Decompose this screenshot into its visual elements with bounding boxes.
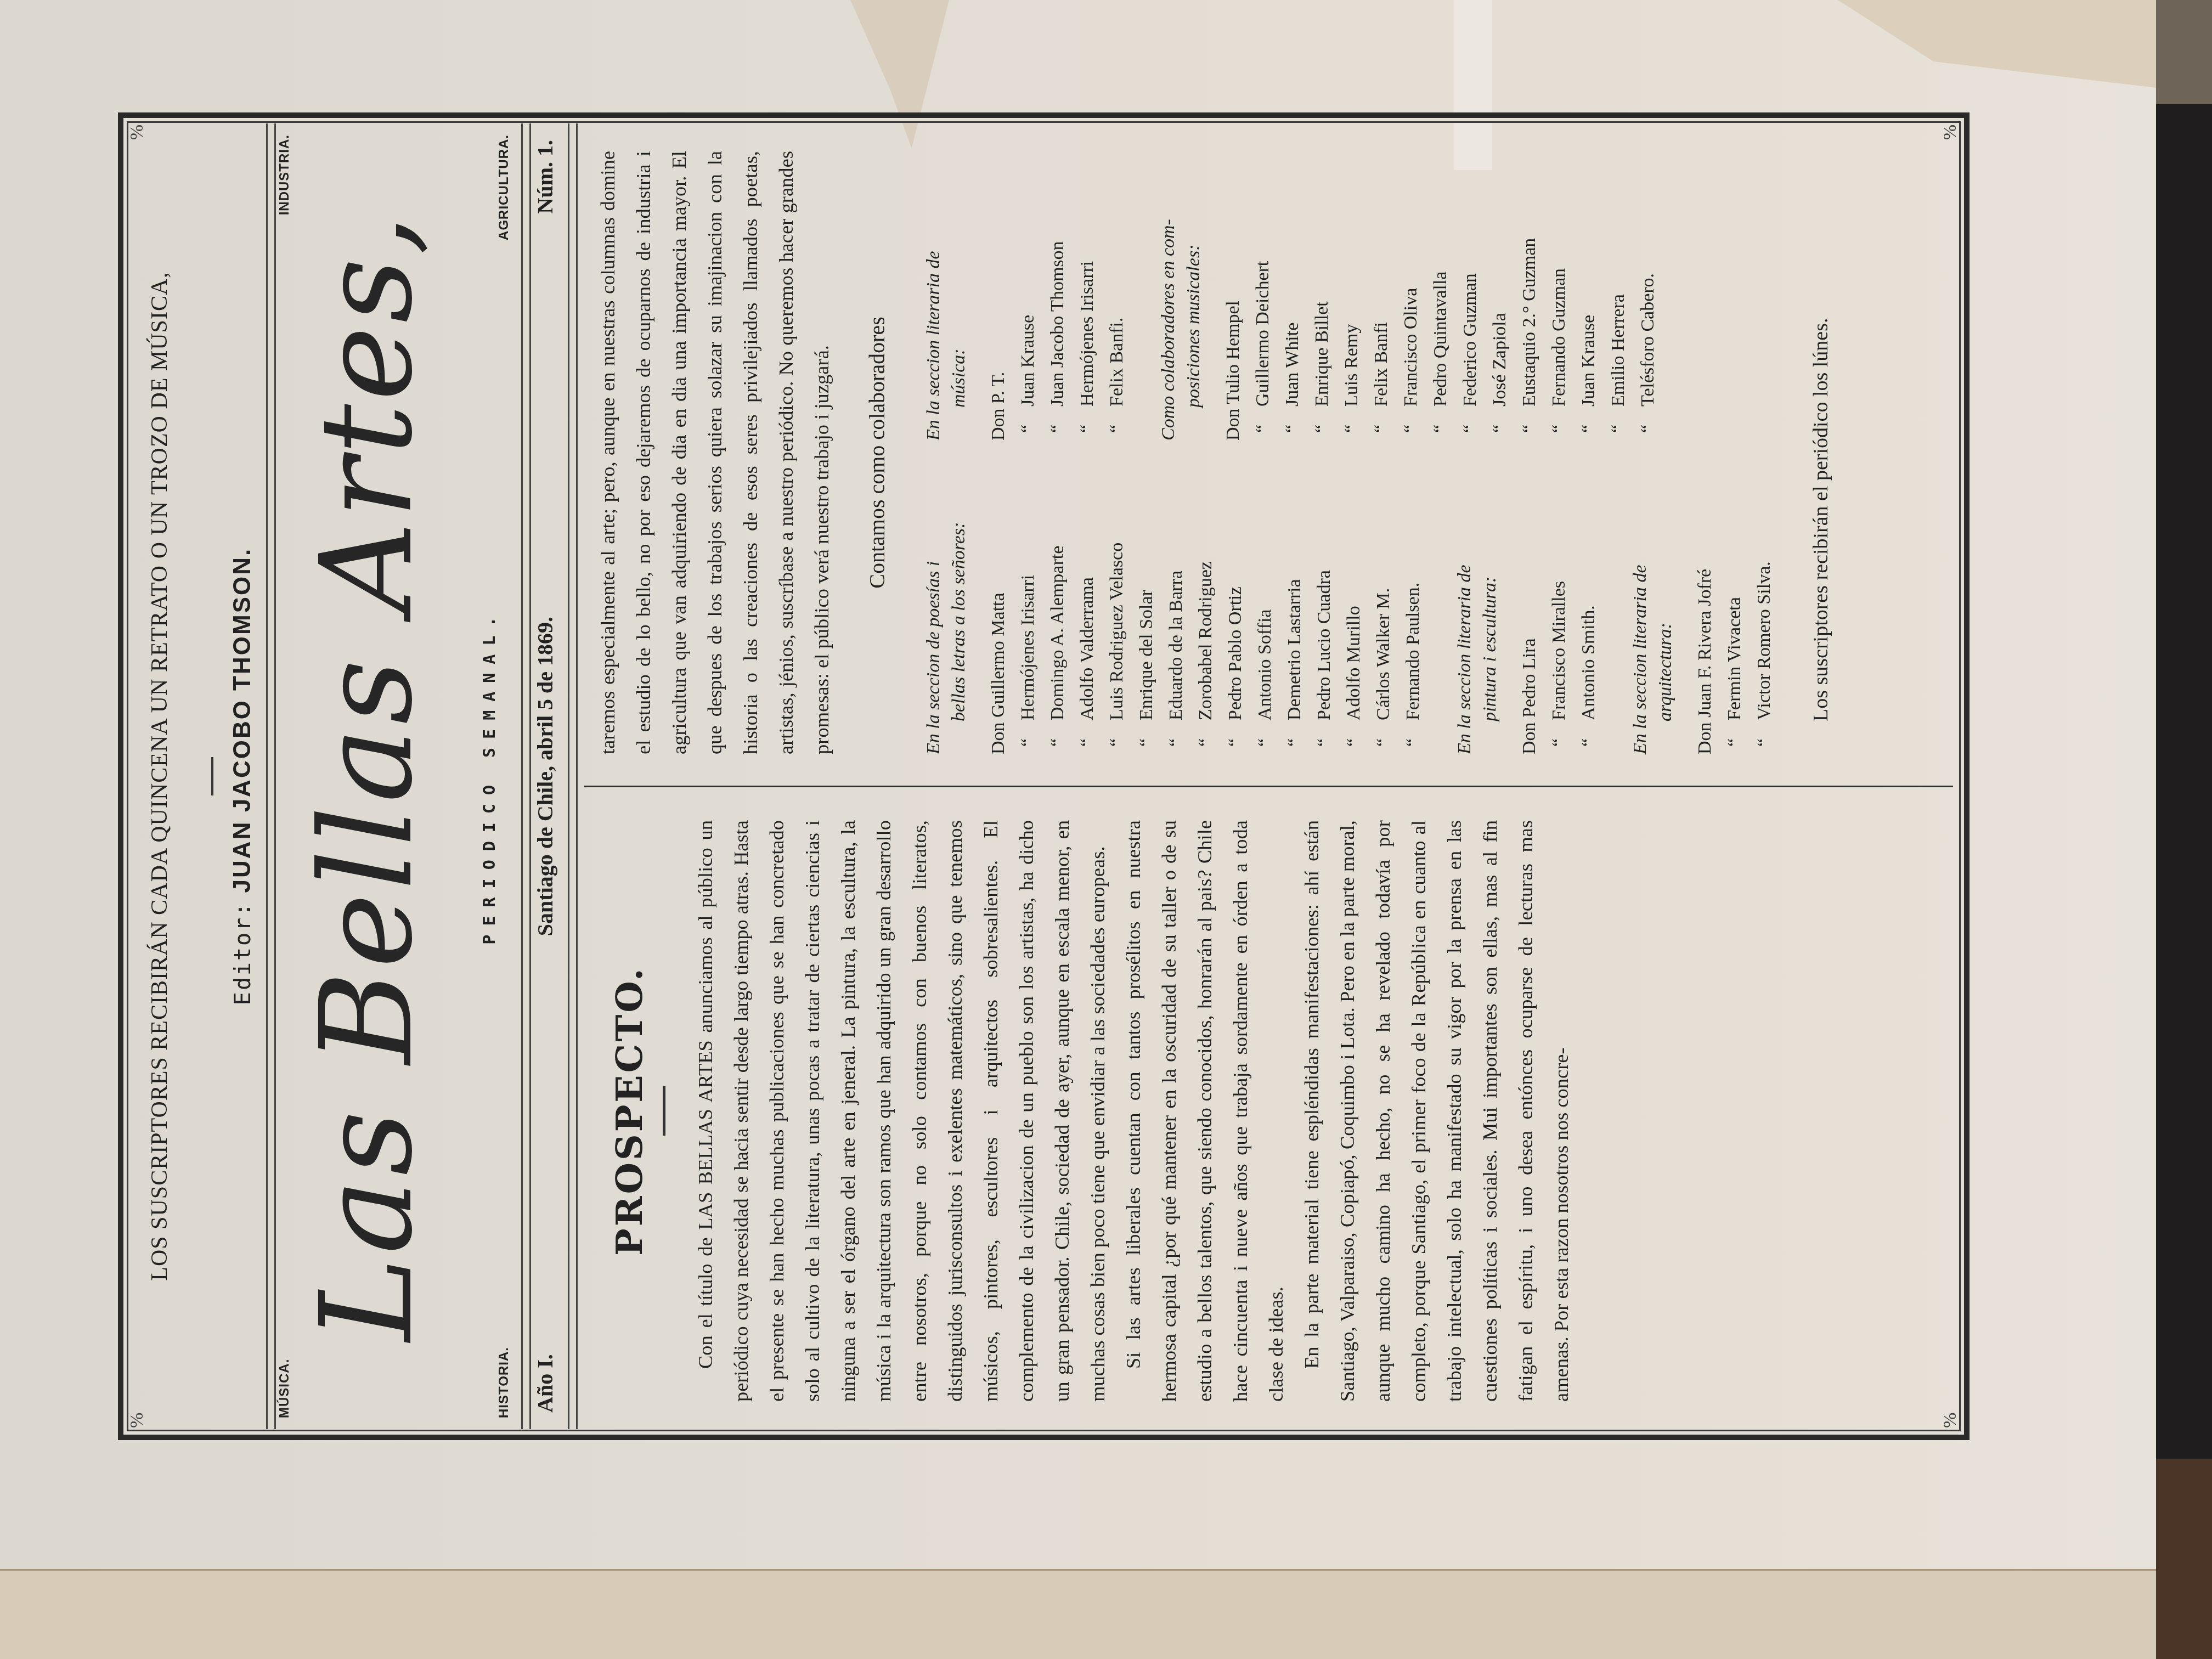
- column-divider: [584, 786, 1953, 787]
- list-item: “Federico Guzman: [1455, 151, 1485, 441]
- list-item: “Fernando Paulsen.: [1398, 465, 1428, 754]
- prospecto-heading: PROSPECTO.: [612, 820, 647, 1402]
- section-title: Como colaboradores en com-posiciones mus…: [1156, 151, 1206, 441]
- list-item: “Antonio Smith.: [1574, 465, 1604, 754]
- dateline: Año I. Santiago de Chile, abril 5 de 186…: [532, 134, 565, 1418]
- collaborator-name: Don Pedro Lira: [1515, 465, 1544, 754]
- editor-line: Editor: JUAN JACOBO THOMSON.: [211, 112, 256, 1440]
- ditto-mark: “: [1750, 720, 1779, 754]
- ditto-mark: “: [1455, 407, 1485, 441]
- collaborator-name: Cárlos Walker M.: [1373, 588, 1393, 720]
- list-item: “Enrique Billet: [1307, 151, 1337, 441]
- divider: [663, 1086, 665, 1136]
- collaborator-name: Don Tulio Hempel: [1218, 151, 1248, 441]
- collaborator-name: Don P. T.: [984, 151, 1013, 441]
- list-item: “Eustaquio 2.° Guzman: [1515, 151, 1544, 441]
- list-item: “Enrique del Solar: [1132, 465, 1161, 754]
- collaborator-name: Felix Banfi: [1371, 322, 1391, 407]
- list-item: “Cárlos Walker M.: [1369, 465, 1398, 754]
- section-title-line: bellas letras a los señores:: [946, 465, 972, 754]
- ditto-mark: “: [1043, 407, 1073, 441]
- list-column-left: En la seccion de poesías ibellas letras …: [911, 465, 1779, 754]
- collaborator-name: Fermin Vivaceta: [1724, 597, 1745, 720]
- column-collaborators: taremos especialmente al arte; pero, aun…: [590, 151, 1948, 754]
- collaborator-name: Luis Rodriguez Velasco: [1107, 543, 1127, 720]
- editor-label: Editor:: [230, 901, 256, 1006]
- issue-number: Núm. 1.: [532, 140, 558, 213]
- ditto-mark: “: [1250, 720, 1280, 754]
- list-item: “José Zapiola: [1485, 151, 1515, 441]
- collaborator-name: Juan Krause: [1018, 315, 1038, 407]
- section-title: En la seccion de poesías ibellas letras …: [921, 465, 972, 754]
- ditto-mark: “: [1339, 720, 1369, 754]
- collaborator-name: Juan Jacobo Thomson: [1047, 241, 1068, 407]
- ditto-mark: “: [1604, 407, 1633, 441]
- ditto-mark: “: [1278, 407, 1307, 441]
- collaborator-name: Domingo A. Alemparte: [1047, 546, 1068, 720]
- list-item: “Fermin Vivaceta: [1720, 465, 1750, 754]
- collaborator-name: Pedro Pablo Ortiz: [1225, 586, 1245, 720]
- editor-name: JUAN JACOBO THOMSON.: [229, 548, 256, 893]
- ditto-mark: “: [1073, 407, 1102, 441]
- ditto-mark: “: [1073, 720, 1102, 754]
- place-date: Santiago de Chile, abril 5 de 1869.: [532, 134, 558, 1418]
- ditto-mark: “: [1013, 720, 1043, 754]
- list-item: “Luis Remy: [1337, 151, 1367, 441]
- ditto-mark: “: [1396, 407, 1426, 441]
- newspaper-title: Las Bellas Artes,: [304, 167, 431, 1385]
- list-item: “Zorobabel Rodriguez: [1191, 465, 1221, 754]
- ditto-mark: “: [1280, 720, 1310, 754]
- collaborator-name: Francisco Oliva: [1401, 288, 1421, 407]
- ditto-mark: “: [1307, 407, 1337, 441]
- ditto-mark: “: [1369, 720, 1398, 754]
- section-title: En la seccion literaria demúsica:: [921, 151, 972, 441]
- ditto-mark: “: [1574, 720, 1604, 754]
- ditto-mark: “: [1248, 407, 1278, 441]
- collaborator-name: Demetrio Lastarria: [1284, 579, 1305, 720]
- list-item: “Adolfo Murillo: [1339, 465, 1369, 754]
- wood-surface: [2156, 1459, 2212, 1659]
- section-title-line: música:: [946, 151, 972, 441]
- prospecto-paragraph: En la parte material tiene espléndidas m…: [1294, 820, 1579, 1402]
- ditto-mark: “: [1544, 720, 1574, 754]
- section-title-line: En la seccion de poesías i: [923, 561, 944, 754]
- corner-ornament-icon: %: [127, 125, 148, 140]
- ditto-mark: “: [1191, 720, 1221, 754]
- list-item: “Francisco Oliva: [1396, 151, 1426, 441]
- list-item: “Emilio Herrera: [1604, 151, 1633, 441]
- list-item: “Luis Rodriguez Velasco: [1102, 465, 1132, 754]
- list-item: “Felix Banfi.: [1102, 151, 1132, 441]
- ditto-mark: “: [1161, 720, 1191, 754]
- collaborator-name: Enrique Billet: [1312, 301, 1332, 407]
- section-composiciones: Como colaboradores en com-posiciones mus…: [1156, 151, 1663, 441]
- ditto-mark: “: [1398, 720, 1428, 754]
- list-item: “Juan White: [1278, 151, 1307, 441]
- list-item: “Juan Krause: [1574, 151, 1604, 441]
- background-surface: [2156, 0, 2212, 104]
- masthead-rule: [266, 123, 276, 1429]
- list-item: “Pedro Lucio Cuadra: [1310, 465, 1339, 754]
- list-item: “Adolfo Valderrama: [1073, 465, 1102, 754]
- list-item: “Victor Romero Silva.: [1750, 465, 1779, 754]
- section-title-line: posiciones musicales:: [1181, 151, 1206, 441]
- list-item: “Juan Krause: [1013, 151, 1043, 441]
- collaborator-name: Don Juan F. Rivera Jofré: [1690, 465, 1720, 754]
- dateline-rule-top: [521, 123, 531, 1429]
- section-title-line: Como colaboradores en com-: [1158, 219, 1178, 441]
- collaborator-name: José Zapiola: [1489, 313, 1510, 407]
- tag-industria: INDUSTRIA.: [277, 134, 292, 215]
- collaborator-name: Fernando Paulsen.: [1403, 583, 1423, 720]
- ditto-mark: “: [1221, 720, 1250, 754]
- list-item: “Antonio Soffia: [1250, 465, 1280, 754]
- ditto-mark: “: [1102, 720, 1132, 754]
- list-item: “Domingo A. Alemparte: [1043, 465, 1073, 754]
- list-item: “Hermójenes Irisarri: [1073, 151, 1102, 441]
- collaborator-name: Antonio Smith.: [1578, 605, 1599, 720]
- closing-notice: Los suscriptores recibirán el periódico …: [1803, 151, 1838, 754]
- section-title-line: En la seccion literaria de: [923, 251, 944, 441]
- collaborator-name: Eduardo de la Barra: [1166, 571, 1186, 720]
- collaborator-name: Guillermo Deichert: [1252, 261, 1273, 407]
- collaborator-name: Juan White: [1282, 323, 1302, 407]
- ditto-mark: “: [1310, 720, 1339, 754]
- newspaper-page: % % % % LOS SUSCRIPTORES RECIBIRÁN CADA …: [118, 112, 1970, 1440]
- section-poesia: En la seccion de poesías ibellas letras …: [921, 465, 1428, 754]
- dark-cloth-background: [2156, 104, 2212, 1659]
- ditto-mark: “: [1013, 407, 1043, 441]
- list-item: “Telésforo Cabero.: [1633, 151, 1663, 441]
- ditto-mark: “: [1720, 720, 1750, 754]
- collaborator-name: Luis Remy: [1341, 324, 1362, 407]
- list-item: “Guillermo Deichert: [1248, 151, 1278, 441]
- prospecto-paragraph: Si las artes liberales cuentan con tanto…: [1115, 820, 1294, 1402]
- list-item: “Hermójenes Irisarri: [1013, 465, 1043, 754]
- collaborator-name: Francisco Miralles: [1549, 581, 1569, 720]
- section-pintura: En la seccion literaria depintura i escu…: [1452, 465, 1604, 754]
- section-arquitectura: En la seccion literaria dearquitectura:D…: [1628, 465, 1779, 754]
- divider: [211, 757, 213, 795]
- column-prospecto: PROSPECTO. Con el título de LAS BELLAS A…: [590, 820, 1948, 1402]
- collaborator-name: Hermójenes Irisarri: [1077, 261, 1097, 407]
- list-item: “Eduardo de la Barra: [1161, 465, 1191, 754]
- collaborator-name: Pedro Lucio Cuadra: [1314, 570, 1334, 720]
- list-item: “Fernando Guzman: [1544, 151, 1574, 441]
- ditto-mark: “: [1633, 407, 1663, 441]
- ditto-mark: “: [1544, 407, 1574, 441]
- collaborator-name: Juan Krause: [1578, 315, 1599, 407]
- collaborator-name: Felix Banfi.: [1107, 318, 1127, 407]
- section-title-line: En la seccion literaria de: [1454, 565, 1475, 754]
- masthead: MÚSICA. INDUSTRIA. Las Bellas Artes, HIS…: [277, 134, 458, 1418]
- dateline-rule-bottom: [568, 123, 578, 1429]
- section-title-line: pintura i escultura:: [1477, 465, 1503, 754]
- section-title-line: En la seccion literaria de: [1630, 565, 1650, 754]
- collaborator-name: Don Guillermo Matta: [984, 465, 1013, 754]
- list-item: “Juan Jacobo Thomson: [1043, 151, 1073, 441]
- collaborator-name: Pedro Quintavalla: [1430, 272, 1451, 407]
- prospecto-paragraph: Con el título de LAS BELLAS ARTES anunci…: [687, 820, 1115, 1402]
- subscriber-notice: LOS SUSCRIPTORES RECIBIRÁN CADA QUINCENA…: [146, 112, 173, 1440]
- collaborators-heading: Contamos como colaboradores: [859, 151, 895, 754]
- ditto-mark: “: [1426, 407, 1455, 441]
- collaborator-name: Eustaquio 2.° Guzman: [1519, 238, 1539, 407]
- collaborator-name: Adolfo Murillo: [1344, 606, 1364, 720]
- section-title: En la seccion literaria dearquitectura:: [1628, 465, 1678, 754]
- section-musica: En la seccion literaria demúsica:Don P. …: [921, 151, 1132, 441]
- corner-ornament-icon: %: [1940, 1413, 1961, 1428]
- collaborator-name: Hermójenes Irisarri: [1018, 575, 1038, 720]
- collaborator-name: Zorobabel Rodriguez: [1195, 561, 1216, 720]
- ditto-mark: “: [1574, 407, 1604, 441]
- ditto-mark: “: [1337, 407, 1367, 441]
- list-item: “Francisco Miralles: [1544, 465, 1574, 754]
- collaborator-name: Telésforo Cabero.: [1638, 273, 1658, 407]
- list-item: “Demetrio Lastarria: [1280, 465, 1310, 754]
- collaborator-name: Fernando Guzman: [1549, 268, 1569, 407]
- section-title: En la seccion literaria depintura i escu…: [1452, 465, 1503, 754]
- corner-ornament-icon: %: [1940, 125, 1961, 140]
- tag-musica: MÚSICA.: [277, 1359, 292, 1418]
- newspaper-subtitle: PERIODICO SEMANAL.: [480, 112, 499, 1440]
- collaborator-name: Federico Guzman: [1460, 273, 1480, 407]
- section-title-line: arquitectura:: [1653, 465, 1678, 754]
- list-column-right: En la seccion literaria demúsica:Don P. …: [911, 151, 1779, 441]
- paper-fold-band: [0, 1569, 2156, 1659]
- list-item: “Felix Banfi: [1367, 151, 1396, 441]
- collaborator-lists: En la seccion de poesías ibellas letras …: [911, 151, 1779, 754]
- ditto-mark: “: [1515, 407, 1544, 441]
- list-item: “Pedro Quintavalla: [1426, 151, 1455, 441]
- collaborator-name: Enrique del Solar: [1136, 590, 1156, 720]
- list-item: “Pedro Pablo Ortiz: [1221, 465, 1250, 754]
- collaborator-name: Antonio Soffia: [1255, 610, 1275, 720]
- collaborator-name: Victor Romero Silva.: [1754, 561, 1774, 720]
- ditto-mark: “: [1102, 407, 1132, 441]
- corner-ornament-icon: %: [127, 1413, 148, 1428]
- ditto-mark: “: [1043, 720, 1073, 754]
- ditto-mark: “: [1367, 407, 1396, 441]
- collaborator-name: Emilio Herrera: [1608, 294, 1628, 407]
- ditto-mark: “: [1132, 720, 1161, 754]
- ditto-mark: “: [1485, 407, 1515, 441]
- continuation-paragraph: taremos especialmente al arte; pero, aun…: [590, 151, 839, 754]
- collaborator-name: Adolfo Valderrama: [1077, 577, 1097, 720]
